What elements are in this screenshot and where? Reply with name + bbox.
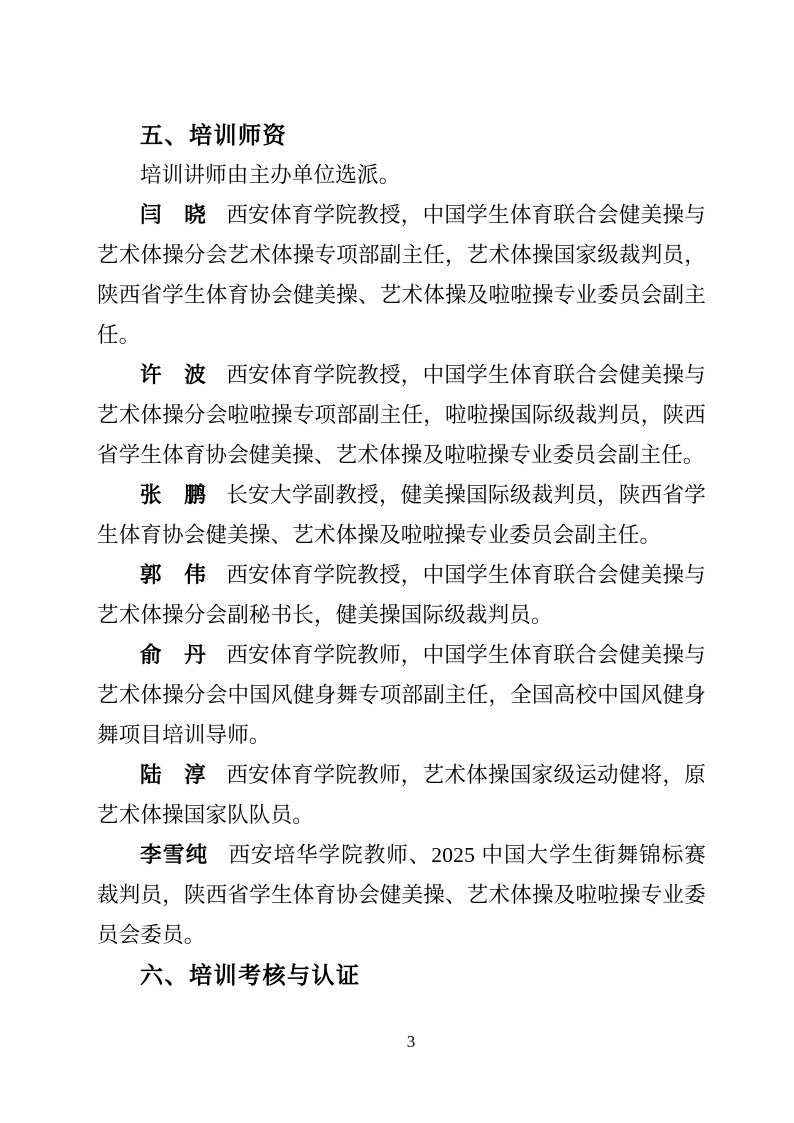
instructor-paragraph: 郭 伟西安体育学院教授，中国学生体育联合会健美操与艺术体操分会副秘书长，健美操国… [97,555,706,635]
document-page: 五、培训师资 培训讲师由主办单位选派。 闫 晓西安体育学院教授，中国学生体育联合… [0,0,794,1123]
document-content: 五、培训师资 培训讲师由主办单位选派。 闫 晓西安体育学院教授，中国学生体育联合… [97,115,706,995]
instructor-name: 陆 淳 [140,763,206,787]
instructor-paragraph: 李雪纯西安培华学院教师、2025 中国大学生街舞锦标赛裁判员，陕西省学生体育协会… [97,835,706,955]
instructor-paragraph: 张 鹏长安大学副教授，健美操国际级裁判员，陕西省学生体育协会健美操、艺术体操及啦… [97,475,706,555]
instructor-paragraph: 陆 淳西安体育学院教师，艺术体操国家级运动健将，原艺术体操国家队队员。 [97,755,706,835]
page-number: 3 [0,1031,794,1053]
instructor-name: 李雪纯 [140,843,209,867]
instructor-paragraph: 许 波西安体育学院教授，中国学生体育联合会健美操与艺术体操分会啦啦操专项部副主任… [97,355,706,475]
instructor-list: 闫 晓西安体育学院教授，中国学生体育联合会健美操与艺术体操分会艺术体操专项部副主… [97,195,706,955]
instructor-paragraph: 闫 晓西安体育学院教授，中国学生体育联合会健美操与艺术体操分会艺术体操专项部副主… [97,195,706,355]
section-5-heading: 五、培训师资 [97,115,706,155]
intro-paragraph: 培训讲师由主办单位选派。 [97,155,706,195]
instructor-name: 闫 晓 [140,203,206,227]
instructor-name: 张 鹏 [140,483,206,507]
instructor-name: 俞 丹 [140,643,206,667]
section-6-heading: 六、培训考核与认证 [97,955,706,995]
instructor-name: 许 波 [140,363,206,387]
instructor-name: 郭 伟 [140,563,206,587]
instructor-paragraph: 俞 丹西安体育学院教师，中国学生体育联合会健美操与艺术体操分会中国风健身舞专项部… [97,635,706,755]
